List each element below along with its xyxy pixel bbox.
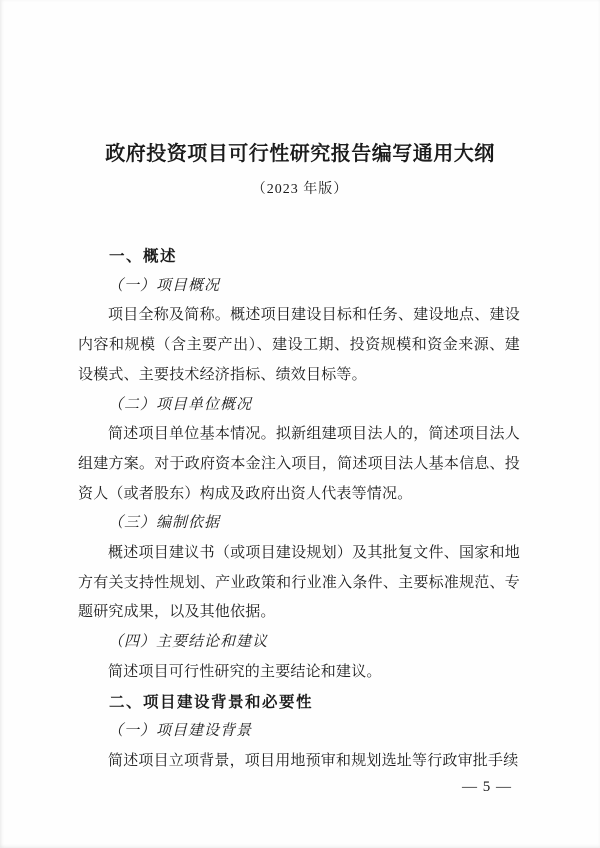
doc-heading-level2: （四）主要结论和建议 xyxy=(78,628,520,658)
doc-heading-level2: （一）项目概况 xyxy=(78,272,520,302)
doc-heading-level2: （二）项目单位概况 xyxy=(78,391,520,421)
document-page: 政府投资项目可行性研究报告编写通用大纲 （2023 年版） 一、概述（一）项目概… xyxy=(0,0,600,848)
doc-heading-level1: 二、项目建设背景和必要性 xyxy=(78,688,520,718)
doc-heading-level2: （三）编制依据 xyxy=(78,509,520,539)
doc-paragraph: 简述项目立项背景，项目用地预审和规划选址等行政审批手续 xyxy=(78,747,520,777)
document-body: 一、概述（一）项目概况项目全称及简称。概述项目建设目标和任务、建设地点、建设内容… xyxy=(78,242,520,777)
doc-paragraph: 项目全称及简称。概述项目建设目标和任务、建设地点、建设内容和规模（含主要产出）、… xyxy=(78,301,520,390)
doc-heading-level2: （一）项目建设背景 xyxy=(78,717,520,747)
document-edition-subtitle: （2023 年版） xyxy=(0,180,600,200)
document-title: 政府投资项目可行性研究报告编写通用大纲 xyxy=(40,141,560,167)
doc-paragraph: 简述项目可行性研究的主要结论和建议。 xyxy=(78,658,520,688)
page-number: — 5 — xyxy=(462,779,512,796)
doc-paragraph: 简述项目单位基本情况。拟新组建项目法人的，简述项目法人组建方案。对于政府资本金注… xyxy=(78,420,520,509)
doc-paragraph: 概述项目建议书（或项目建设规划）及其批复文件、国家和地方有关支持性规划、产业政策… xyxy=(78,539,520,628)
doc-heading-level1: 一、概述 xyxy=(78,242,520,272)
